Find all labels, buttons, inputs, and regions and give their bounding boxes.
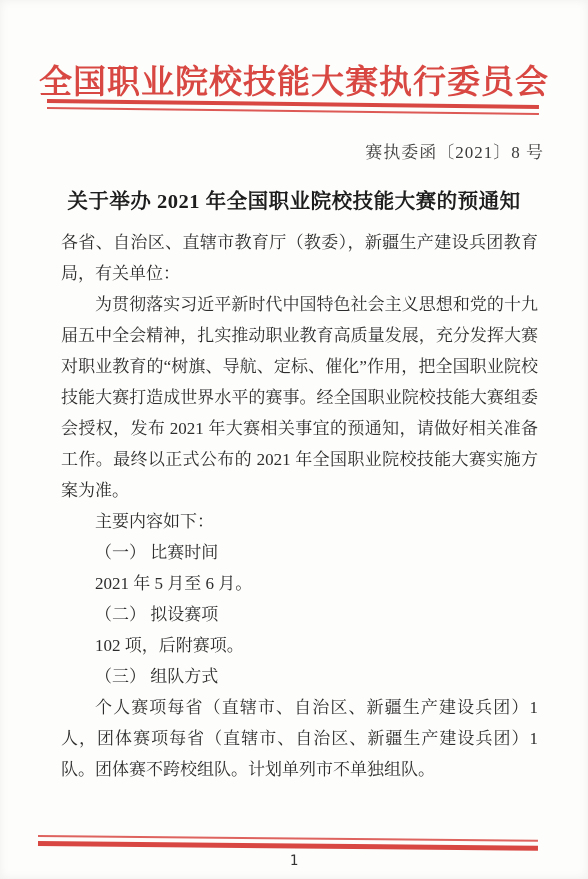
section-3-content: 个人赛项每省（直辖市、自治区、新疆生产建设兵团）1 人，团体赛项每省（直辖市、自…: [61, 692, 538, 785]
footer-rule-thick: [38, 841, 538, 851]
document-body: 各省、自治区、直辖市教育厅（教委），新疆生产建设兵团教育局，有关单位： 为贯彻落…: [61, 227, 538, 785]
section-1-content: 2021 年 5 月至 6 月。: [61, 568, 538, 599]
section-2-content: 102 项，后附赛项。: [61, 630, 538, 661]
letterhead-rule-thin: [47, 107, 539, 115]
section-heading-3: （三） 组队方式: [61, 661, 538, 692]
body-paragraph-lead-in: 主要内容如下：: [61, 506, 538, 537]
document-page: 全国职业院校技能大赛执行委员会 赛执委函〔2021〕8 号 关于举办 2021 …: [0, 0, 588, 879]
letterhead-org-name: 全国职业院校技能大赛执行委员会: [0, 56, 588, 103]
section-heading-1: （一） 比赛时间: [61, 537, 538, 568]
document-title: 关于举办 2021 年全国职业院校技能大赛的预通知: [0, 184, 588, 214]
body-paragraph-intro: 为贯彻落实习近平新时代中国特色社会主义思想和党的十九届五中全会精神，扎实推动职业…: [61, 289, 538, 506]
page-number: 1: [0, 853, 588, 869]
body-paragraph-salutation: 各省、自治区、直辖市教育厅（教委），新疆生产建设兵团教育局，有关单位：: [61, 227, 538, 289]
section-heading-2: （二） 拟设赛项: [61, 599, 538, 630]
doc-number: 赛执委函〔2021〕8 号: [365, 138, 544, 163]
